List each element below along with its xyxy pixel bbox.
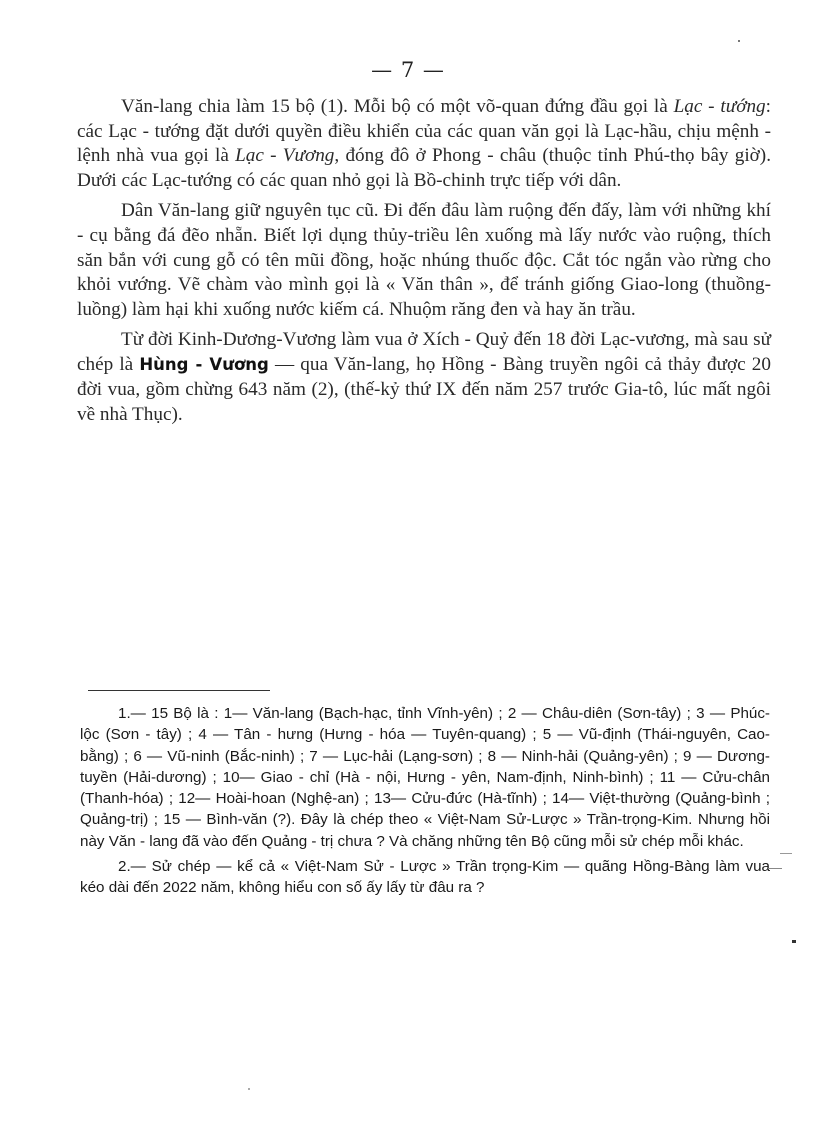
scan-speck: [780, 853, 792, 854]
scan-speck: [792, 940, 796, 943]
paragraph-2: Dân Văn-lang giữ nguyên tục cũ. Đi đến đ…: [77, 199, 771, 322]
scan-speck: [768, 868, 782, 869]
text-segment: Văn-lang chia làm 15 bộ (1). Mỗi bộ có m…: [121, 96, 674, 117]
scan-speck: [738, 40, 740, 42]
bold-term-hung-vuong: Hùng - Vương: [139, 355, 269, 374]
footnote-rule: [88, 690, 270, 691]
paragraph-3: Từ đời Kinh-Dương-Vương làm vua ở Xích -…: [77, 328, 771, 427]
paragraph-1: Văn-lang chia làm 15 bộ (1). Mỗi bộ có m…: [77, 95, 771, 193]
footnote-1: 1.— 15 Bộ là : 1— Văn-lang (Bạch-hạc, tỉ…: [80, 703, 770, 852]
page-number: — 7 —: [0, 58, 816, 82]
italic-term-lac-tuong: Lạc - tướng: [674, 96, 766, 117]
footnote-2: 2.— Sử chép — kể cả « Việt-Nam Sử - Lược…: [80, 856, 770, 899]
italic-term-lac-vuong: Lạc - Vương: [235, 145, 334, 166]
scan-speck: [248, 1088, 250, 1090]
body-text: Văn-lang chia làm 15 bộ (1). Mỗi bộ có m…: [77, 95, 771, 434]
footnotes: 1.— 15 Bộ là : 1— Văn-lang (Bạch-hạc, tỉ…: [80, 703, 770, 903]
